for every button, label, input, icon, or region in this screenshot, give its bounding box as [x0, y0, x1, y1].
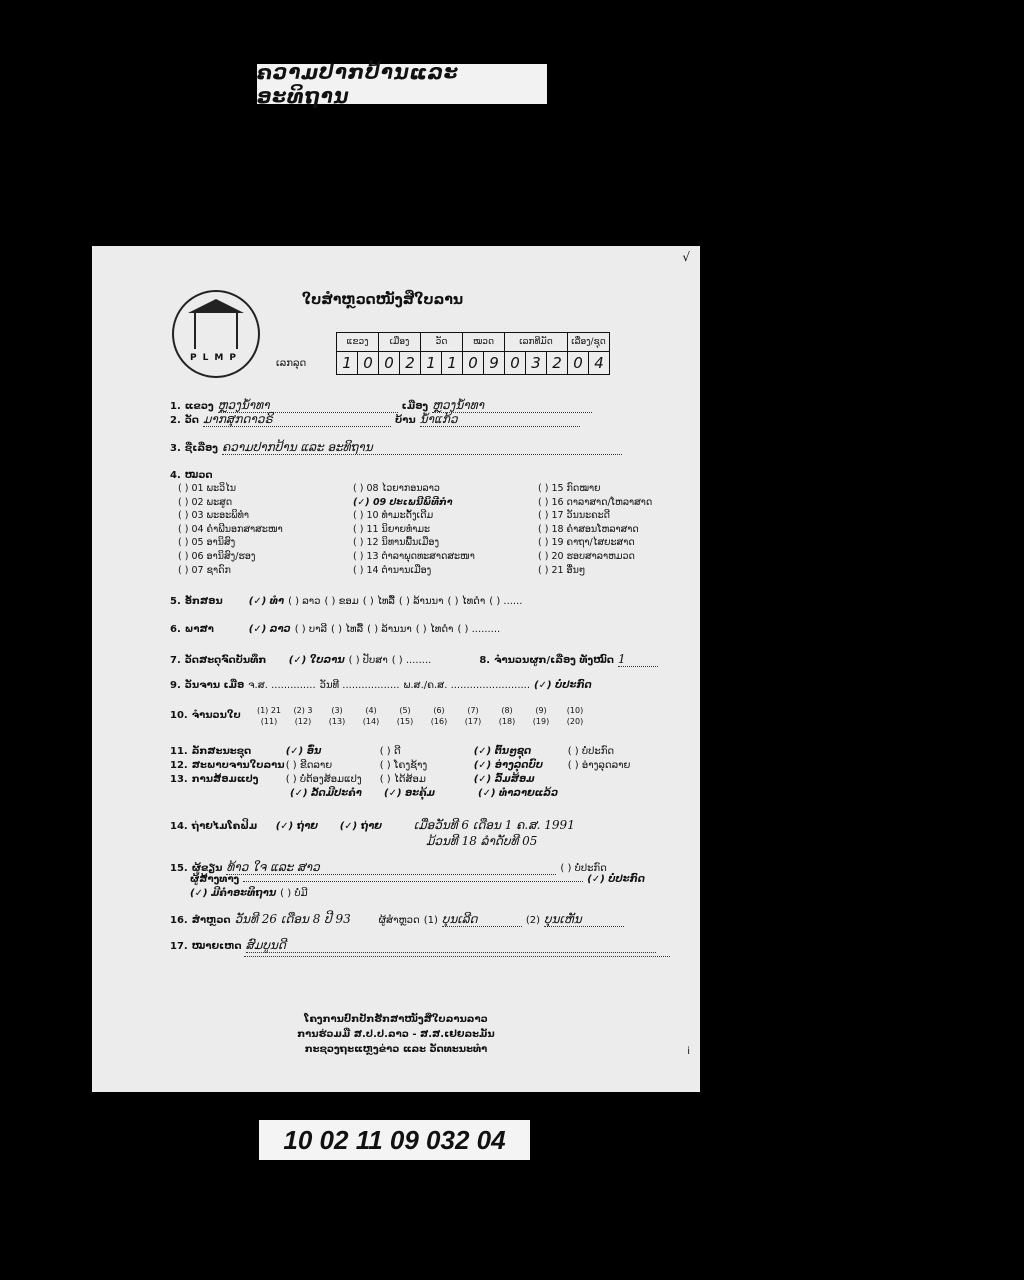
field-temple: 2.ວັດ ມາກສຸກດາວຣິ ບ້ານ ນໍ້າແກ້ວ: [170, 412, 580, 427]
check-mark-icon: √: [682, 250, 690, 264]
temple-seal-icon: PLMP: [172, 290, 260, 378]
field-date-written: 9.ວັນຈານ ເມື່ອ ຈ.ສ. ..............ວັນທີ …: [170, 680, 592, 691]
footer: ໂຄງການປົກປັກຮັກສາໜັງສືໃບລານລາວ ການຮ່ວມມື…: [92, 1012, 700, 1057]
field-author: 15.ຜູ້ຂຽນ ທ້າວ ໃຈ ແລະ ສາວ( ) ບໍ່ປະກົດ: [170, 860, 607, 875]
field-language: 6.ພາສາ (✓) ລາວ( ) ບາລີ( ) ໄທລື້( ) ລ້ານນ…: [170, 624, 500, 635]
field-microfilm-roll: ມ້ວນທີ 18 ລໍາດັບທີ 05: [426, 834, 537, 848]
field-prayer: (✓) ມີຄໍາອະທິຖານ( ) ບໍ່ມີ: [190, 888, 308, 899]
category-options: ( ) 01 ພະວິໄນ( ) 08 ໄວຍາກອນລາວ( ) 15 ກົດ…: [178, 482, 648, 577]
field-leaves: 10.ຈໍານວນໃບ: [170, 710, 241, 721]
field-script: 5.ອັກສອນ (✓) ທໍາ( ) ລາວ( ) ຂອມ( ) ໄທລື້(…: [170, 596, 522, 607]
field-title: 3.ຊື່ເລື່ອງ ຄວາມປາກປ້ານ ແລະ ອະທິຖານ: [170, 440, 622, 455]
survey-form-page: √ i PLMP ໃບສໍາຫຼວດໜັງສືໃບລານ ເລກລຸດ ແຂວງ…: [92, 246, 700, 1092]
field-state: 12.ສະພາບຈານໃບລານ ( ) ຂີດລາຍ( ) ໂຄງຊ້າງ(✓…: [170, 760, 630, 771]
field-survey: 16.ສໍາຫຼວດ ວັນທີ 26 ເດືອນ 8 ປີ 93 ຜູ້ສໍາ…: [170, 912, 624, 927]
title-label: ຄວາມປາກປ້ານແລະອະທິຖານ: [257, 64, 547, 104]
field-repair-2: (✓) ລັດມີປະຄໍາ(✓) ອະຄຸ້ມ(✓) ທໍາລາຍແລ້ວ: [290, 788, 558, 799]
field-category: 4.ໝວດ: [170, 470, 213, 481]
field-material: 7.ວັດສະດຸຈົດບັນທຶກ (✓) ໃບລານ( ) ປັບສາ( )…: [170, 652, 658, 667]
remarks-line-2: [244, 956, 670, 957]
code-label: ເລກລຸດ: [276, 358, 306, 369]
field-remarks: 17.ໝາຍເຫດ ສົມບູນດີ: [170, 938, 656, 953]
field-province: 1.ແຂວງ ຫຼວງນໍ້າທາ ເມືອງ ຫຼວງນໍ້າທາ: [170, 398, 592, 413]
manuscript-code-label: 10 02 11 09 032 04: [259, 1120, 530, 1160]
field-sponsor: ຜູ້ສ້າງທາງ(✓) ບໍ່ປະກົດ: [190, 874, 645, 885]
form-title: ໃບສໍາຫຼວດໜັງສືໃບລານ: [302, 292, 463, 308]
leaf-counts: (1) 21(2) 3(3)(4)(5)(6)(7)(8)(9)(10) (11…: [252, 706, 592, 726]
field-condition: 11.ລັກສະນະຊຸດ (✓) ອົ່ນ( ) ດີ(✓) ຕົ້ນໆຊຸດ…: [170, 746, 614, 757]
field-repair: 13.ການສ້ອມແປງ ( ) ບໍ່ຕ້ອງສ້ອມແປງ( ) ໄດ້ສ…: [170, 774, 535, 785]
field-microfilm: 14.ຖ່າຍໄມໂຄຟິມ (✓) ຖ່າຍ(✓) ຖ່າຍ ເມື່ອວັນ…: [170, 818, 575, 832]
code-table: ແຂວງ ເມືອງ ວັດ ໝວດ ເລກທີມັດ ເລື່ອງ/ຊຸດ 1…: [336, 332, 610, 375]
